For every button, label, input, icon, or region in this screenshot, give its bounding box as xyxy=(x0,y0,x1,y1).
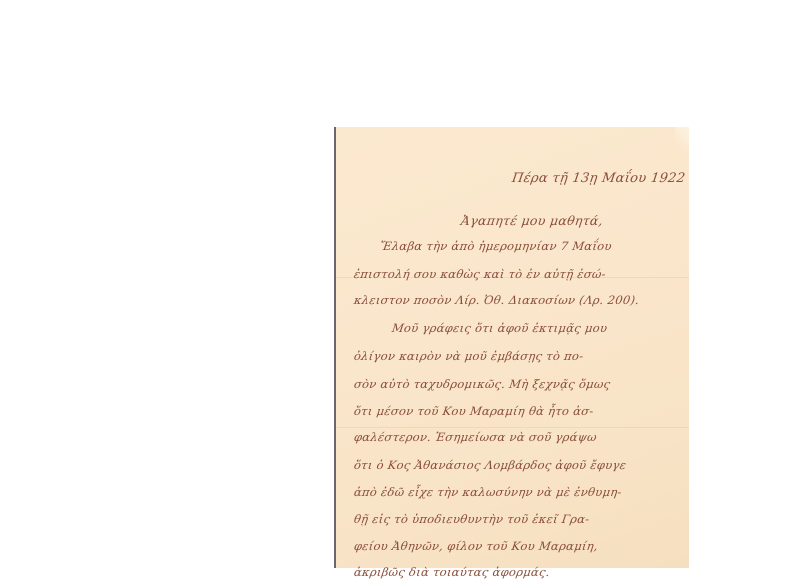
letter-paper: Πέρα τῇ 13ῃ Μαΐου 1922 Ἀγαπητέ μου μαθητ… xyxy=(334,127,689,568)
letter-line: ἐπιστολή σου καθὼς καὶ τὸ ἐν αὐτῇ ἐσώ- xyxy=(353,267,607,281)
letter-line: ὀλίγον καιρὸν νὰ μοῦ ἐμβάσῃς τὸ πο- xyxy=(353,349,584,363)
letter-line: ἀπὸ ἐδῶ εἶχε τὴν καλωσύνην νὰ μὲ ἐνθυμη- xyxy=(353,485,623,499)
letter-line: σὸν αὐτὸ ταχυδρομικῶς. Μὴ ξεχνᾷς ὅμως xyxy=(353,377,611,391)
letter-line: φείου Ἀθηνῶν, φίλον τοῦ Κου Μαραμίη, xyxy=(353,539,599,553)
letter-line: ἀκριβῶς διὰ τοιαύτας ἀφορμάς. xyxy=(353,565,551,579)
letter-line: Ἔλαβα τὴν ἀπὸ ἡμερομηνίαν 7 Μαΐου xyxy=(379,239,613,253)
letter-line: ὅτι μέσον τοῦ Κου Μαραμίη θὰ ἦτο ἀσ- xyxy=(353,404,595,418)
letter-line: Μοῦ γράφεις ὅτι ἀφοῦ ἐκτιμᾷς μου xyxy=(391,321,608,335)
letter-line: θῇ εἰς τὸ ὑποδιευθυντὴν τοῦ ἐκεῖ Γρα- xyxy=(353,512,590,526)
letter-line: κλειστον ποσὸν Λίρ. Ὀθ. Διακοσίων (Λρ. 2… xyxy=(353,293,640,307)
letter-line: φαλέστερον. Ἐσημείωσα νὰ σοῦ γράψω xyxy=(353,430,598,444)
letter-line: ὅτι ὁ Κος Ἀθανάσιος Λομβάρδος ἀφοῦ ἔφυγε xyxy=(353,458,627,472)
scan-canvas: Πέρα τῇ 13ῃ Μαΐου 1922 Ἀγαπητέ μου μαθητ… xyxy=(0,0,800,581)
paper-crease xyxy=(336,427,689,428)
letter-salutation: Ἀγαπητέ μου μαθητά, xyxy=(460,213,604,228)
letter-date: Πέρα τῇ 13ῃ Μαΐου 1922 xyxy=(511,171,686,186)
